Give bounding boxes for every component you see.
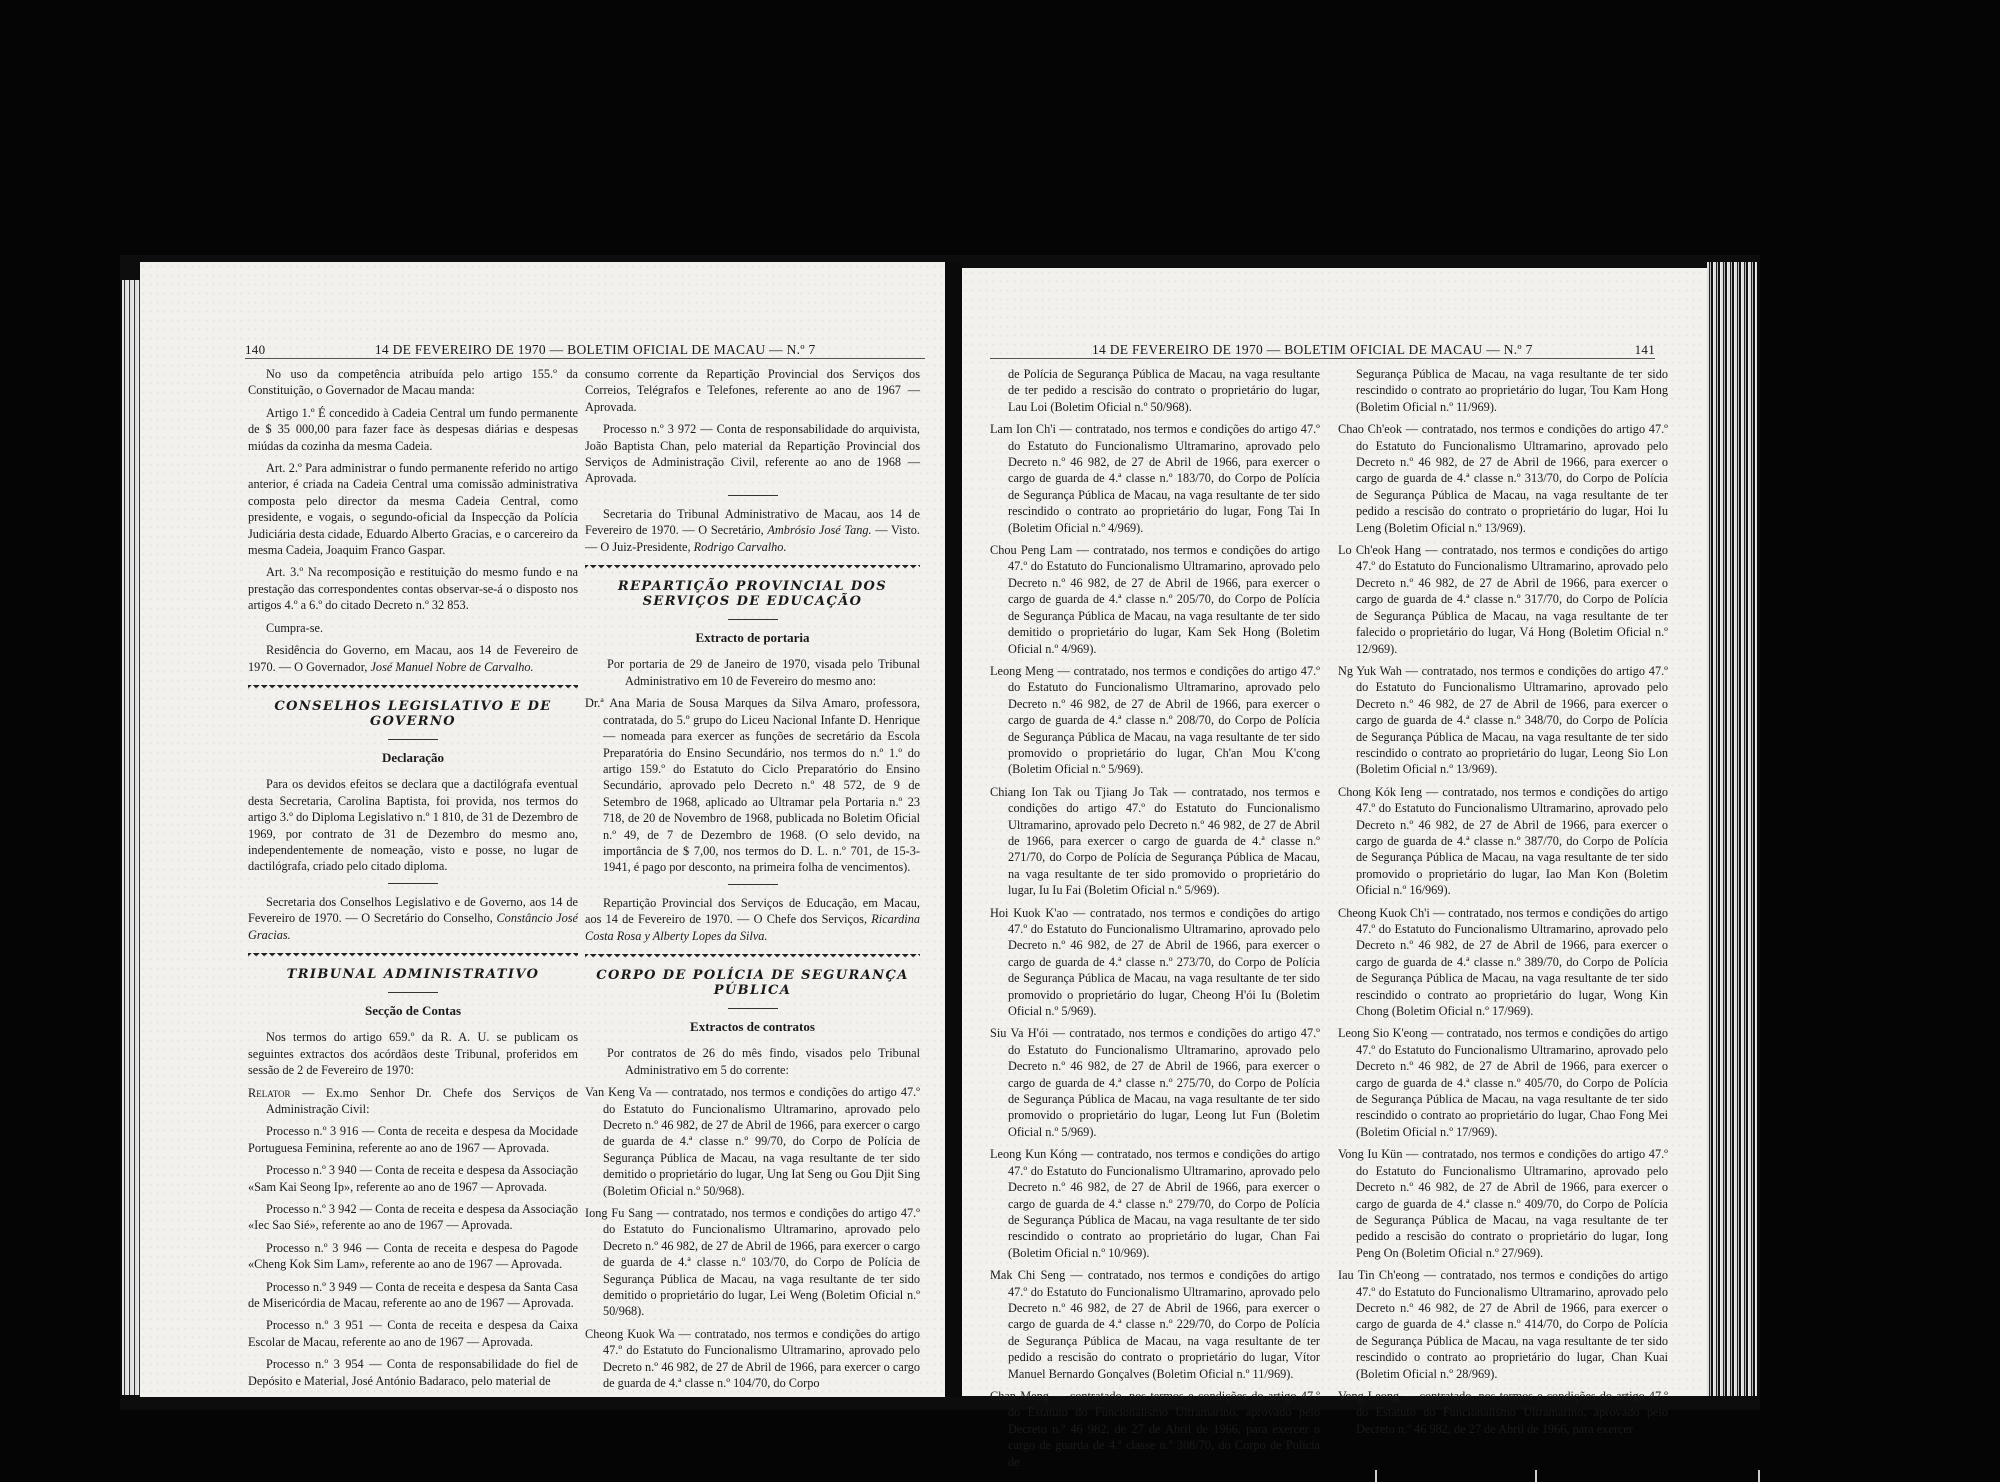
contrato-item: Chou Peng Lam — contratado, nos termos e… xyxy=(990,542,1320,657)
contrato-item: Leong Meng — contratado, nos termos e co… xyxy=(990,663,1320,778)
running-head-left: 140 14 DE FEVEREIRO DE 1970 — BOLETIM OF… xyxy=(245,340,925,359)
rule xyxy=(388,739,438,740)
contratos-intro: Por contratos de 26 do mês findo, visado… xyxy=(585,1045,920,1078)
page-number: 140 xyxy=(245,342,265,358)
contrato-item: Lam Ion Ch'i — contratado, nos termos e … xyxy=(990,421,1320,536)
contrato-item: Iong Fu Sang — contratado, nos termos e … xyxy=(585,1205,920,1320)
signatory: Ambrósio José Tang. xyxy=(767,523,871,537)
right-page-edges xyxy=(1707,262,1757,1396)
running-head-title: 14 DE FEVEREIRO DE 1970 — BOLETIM OFICIA… xyxy=(990,342,1635,358)
column-2: consumo corrente da Repartição Provincia… xyxy=(585,366,920,1398)
contratos-list: Lam Ion Ch'i — contratado, nos termos e … xyxy=(990,421,1320,1470)
section-title: CORPO DE POLÍCIA DE SEGURANÇA PÚBLICA xyxy=(585,968,920,998)
section-divider xyxy=(585,954,920,960)
processos-list: Processo n.º 3 916 — Conta de receita e … xyxy=(248,1123,578,1389)
portaria-intro: No uso da competência atribuída pelo art… xyxy=(248,366,578,399)
contrato-item: Chan Meng — contratado, nos termos e con… xyxy=(990,1388,1320,1470)
article-1: Artigo 1.º É concedido à Cadeia Central … xyxy=(248,405,578,454)
contrato-item: Vong Iu Kün — contratado, nos termos e c… xyxy=(1338,1146,1668,1261)
contrato-item: Hoi Kuok K'ao — contratado, nos termos e… xyxy=(990,905,1320,1020)
contrato-item: Vong Leong — contratado, nos termos e co… xyxy=(1338,1388,1668,1437)
contrato-item: Mak Chi Seng — contratado, nos termos e … xyxy=(990,1267,1320,1382)
processo-item: Processo n.º 3 940 — Conta de receita e … xyxy=(248,1162,578,1195)
processo-item: Processo n.º 3 949 — Conta de receita e … xyxy=(248,1279,578,1312)
section-divider xyxy=(248,685,578,691)
rule xyxy=(728,1008,778,1009)
processo-item: Processo n.º 3 916 — Conta de receita e … xyxy=(248,1123,578,1156)
column-4: Segurança Pública de Macau, na vaga resu… xyxy=(1338,366,1668,1443)
processo-item: Processo n.º 3 942 — Conta de receita e … xyxy=(248,1201,578,1234)
subheading: Secção de Contas xyxy=(248,1003,578,1019)
binding-gutter xyxy=(945,262,962,1397)
contrato-item: Lo Ch'eok Hang — contratado, nos termos … xyxy=(1338,542,1668,657)
contrato-item: Iau Tin Ch'eong — contratado, nos termos… xyxy=(1338,1267,1668,1382)
section-title: REPARTIÇÃO PROVINCIAL DOS SERVIÇOS DE ED… xyxy=(585,579,920,609)
contas-intro: Nos termos do artigo 659.º da R. A. U. s… xyxy=(248,1029,578,1078)
rule xyxy=(728,884,778,885)
signature-block: Residência do Governo, em Macau, aos 14 … xyxy=(248,642,578,675)
contrato-item: Cheong Kuok Wa — contratado, nos termos … xyxy=(585,1326,920,1392)
processo-item: Processo n.º 3 946 — Conta de receita e … xyxy=(248,1240,578,1273)
running-head-right: 14 DE FEVEREIRO DE 1970 — BOLETIM OFICIA… xyxy=(990,340,1655,359)
subheading: Declaração xyxy=(248,750,578,766)
section-divider xyxy=(585,565,920,571)
processo-item: Processo n.º 3 954 — Conta de responsabi… xyxy=(248,1356,578,1389)
declaracao-text: Para os devidos efeitos se declara que a… xyxy=(248,776,578,874)
signatory: Rodrigo Carvalho. xyxy=(694,540,787,554)
relator: Relator — Ex.mo Senhor Dr. Chefe dos Ser… xyxy=(248,1085,578,1118)
page-number: 141 xyxy=(1635,342,1655,358)
contrato-item: Ng Yuk Wah — contratado, nos termos e co… xyxy=(1338,663,1668,778)
continuation-text: consumo corrente da Repartição Provincia… xyxy=(585,366,920,415)
contrato-item: Chao Ch'eok — contratado, nos termos e c… xyxy=(1338,421,1668,536)
signature-block: Repartição Provincial dos Serviços de Ed… xyxy=(585,895,920,944)
continuation-text: de Polícia de Segurança Pública de Macau… xyxy=(990,366,1320,415)
contrato-item: Van Keng Va — contratado, nos termos e c… xyxy=(585,1084,920,1199)
column-3: de Polícia de Segurança Pública de Macau… xyxy=(990,366,1320,1476)
contrato-item: Chong Kók Ieng — contratado, nos termos … xyxy=(1338,784,1668,899)
cumpra-se: Cumpra-se. xyxy=(248,620,578,636)
contrato-item: Leong Kun Kóng — contratado, nos termos … xyxy=(990,1146,1320,1261)
contratos-list: Chao Ch'eok — contratado, nos termos e c… xyxy=(1338,421,1668,1437)
scan-mark xyxy=(1758,1470,1760,1482)
section-title: CONSELHOS LEGISLATIVO E DE GOVERNO xyxy=(248,699,578,729)
signature-block: Secretaria do Tribunal Administrativo de… xyxy=(585,506,920,555)
scan-mark xyxy=(1375,1470,1377,1482)
section-title: TRIBUNAL ADMINISTRATIVO xyxy=(248,967,578,982)
article-3: Art. 3.º Na recomposição e restituição d… xyxy=(248,564,578,613)
contrato-item: Siu Va H'ói — contratado, nos termos e c… xyxy=(990,1025,1320,1140)
running-head-title: 14 DE FEVEREIRO DE 1970 — BOLETIM OFICIA… xyxy=(265,342,925,358)
signatory: José Manuel Nobre de Carvalho. xyxy=(370,660,533,674)
rule xyxy=(388,883,438,884)
contrato-item: Leong Sio K'eong — contratado, nos termo… xyxy=(1338,1025,1668,1140)
processo-3972: Processo n.º 3 972 — Conta de responsabi… xyxy=(585,421,920,487)
contrato-item: Cheong Kuok Ch'i — contratado, nos termo… xyxy=(1338,905,1668,1020)
contrato-item: Chiang Ion Tak ou Tjiang Jo Tak — contra… xyxy=(990,784,1320,899)
processo-item: Processo n.º 3 951 — Conta de receita e … xyxy=(248,1317,578,1350)
column-1: No uso da competência atribuída pelo art… xyxy=(248,366,578,1395)
subheading: Extractos de contratos xyxy=(585,1019,920,1035)
section-divider xyxy=(248,953,578,959)
continuation-text: Segurança Pública de Macau, na vaga resu… xyxy=(1338,366,1668,415)
contratos-list: Van Keng Va — contratado, nos termos e c… xyxy=(585,1084,920,1391)
portaria-intro: Por portaria de 29 de Janeiro de 1970, v… xyxy=(585,656,920,689)
rule xyxy=(728,619,778,620)
portaria-text: Dr.ª Ana Maria de Sousa Marques da Silva… xyxy=(585,695,920,875)
subheading: Extracto de portaria xyxy=(585,630,920,646)
rule xyxy=(388,992,438,993)
rule xyxy=(728,495,778,496)
signature-block: Secretaria dos Conselhos Legislativo e d… xyxy=(248,894,578,943)
article-2: Art. 2.º Para administrar o fundo perman… xyxy=(248,460,578,558)
scan-mark xyxy=(1535,1470,1537,1482)
